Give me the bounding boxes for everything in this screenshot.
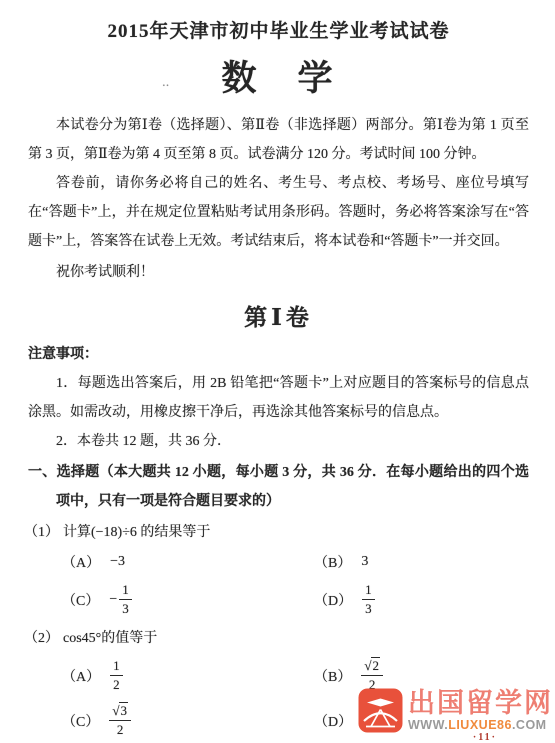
note-item-2: 2．本卷共 12 题，共 36 分． [28, 427, 529, 456]
section-one-title: 一、选择题（本大题共 12 小题，每小题 3 分，共 36 分．在每小题给出的四… [28, 458, 529, 516]
option-label: （D） [314, 590, 352, 610]
option-label: （A） [62, 666, 100, 686]
fraction-denominator: 2 [110, 676, 123, 693]
fraction-numerator: 1 [110, 658, 123, 676]
fraction-numerator: 1 [362, 582, 375, 600]
exam-title: 2015年天津市初中毕业生学业考试试卷 [28, 16, 529, 43]
q1-option-c: （C） − 1 3 [62, 577, 314, 622]
question-1: （1）计算(−18)÷6 的结果等于 （A） −3 （B） 3 （C） − 1 … [28, 519, 529, 622]
notes-title: 注意事项： [28, 340, 529, 369]
q2-option-c: （C） √3 2 [62, 698, 314, 743]
fraction-denominator: 2 [109, 721, 131, 738]
site-name: 出国留学网 [408, 690, 553, 717]
url-tld: .COM [512, 718, 547, 732]
radicand: 2 [371, 657, 380, 673]
fraction: 1 2 [110, 658, 123, 692]
question-1-stem: （1）计算(−18)÷6 的结果等于 [24, 519, 529, 547]
page-marker: ·11· [473, 732, 497, 743]
fraction: 1 3 [362, 582, 375, 616]
watermark-text: 出国留学网 WWW.LIUXUE86.COM [408, 690, 553, 732]
option-label: （C） [62, 590, 99, 610]
option-label: （A） [62, 552, 100, 572]
url-www: WWW. [408, 718, 448, 732]
liuxue86-watermark: 出国留学网 WWW.LIUXUE86.COM [358, 688, 553, 733]
subject-title: 数 学 [28, 51, 529, 101]
question-number: （1） [24, 525, 59, 540]
sqrt-numerator: √3 [109, 703, 131, 721]
q1-option-d: （D） 1 3 [314, 577, 529, 622]
q1-option-b: （B） 3 [314, 547, 529, 577]
question-2-stem: （2）cos45°的值等于 [24, 625, 529, 653]
note-item-1: 1．每题选出答案后，用 2B 铅笔把“答题卡”上对应题目的答案标号的信息点涂黑。… [28, 369, 529, 427]
sqrt-numerator: √2 [361, 658, 383, 676]
question-text: cos45°的值等于 [63, 631, 157, 646]
q2-option-a: （A） 1 2 [62, 653, 314, 698]
fraction: 1 3 [119, 582, 132, 616]
option-value: 3 [361, 554, 368, 570]
intro-paragraph-1: 本试卷分为第Ⅰ卷（选择题）、第Ⅱ卷（非选择题）两部分。第Ⅰ卷为第 1 页至第 3… [28, 111, 529, 169]
minus-sign: − [109, 592, 117, 608]
fraction-denominator: 3 [119, 600, 132, 617]
option-label: （B） [314, 552, 351, 572]
q1-option-a: （A） −3 [62, 547, 314, 577]
fraction-denominator: 3 [362, 600, 375, 617]
part1-heading: 第Ⅰ卷 [28, 299, 529, 332]
intro-paragraph-2: 答卷前，请你务必将自己的姓名、考生号、考点校、考场号、座位号填写在“答题卡”上，… [28, 169, 529, 256]
fraction-numerator: 1 [119, 582, 132, 600]
fraction: √3 2 [109, 703, 131, 737]
site-url: WWW.LIUXUE86.COM [408, 719, 553, 732]
url-domain: LIUXUE86 [448, 718, 512, 732]
question-text: 计算(−18)÷6 的结果等于 [63, 525, 210, 540]
option-label: （C） [62, 711, 99, 731]
scanned-exam-page: 2015年天津市初中毕业生学业考试试卷 数 学 ‥ 本试卷分为第Ⅰ卷（选择题）、… [0, 0, 555, 743]
wish-line: 祝你考试顺利！ [28, 258, 529, 287]
question-1-options: （A） −3 （B） 3 （C） − 1 3 （D） 1 3 [62, 547, 529, 622]
question-number: （2） [24, 631, 59, 646]
scan-artifact-dots: ‥ [162, 76, 170, 89]
option-label: （D） [314, 711, 352, 731]
option-value: −3 [110, 554, 125, 570]
radicand: 3 [119, 702, 128, 718]
option-label: （B） [314, 666, 351, 686]
liuxue86-logo-icon [358, 688, 403, 733]
